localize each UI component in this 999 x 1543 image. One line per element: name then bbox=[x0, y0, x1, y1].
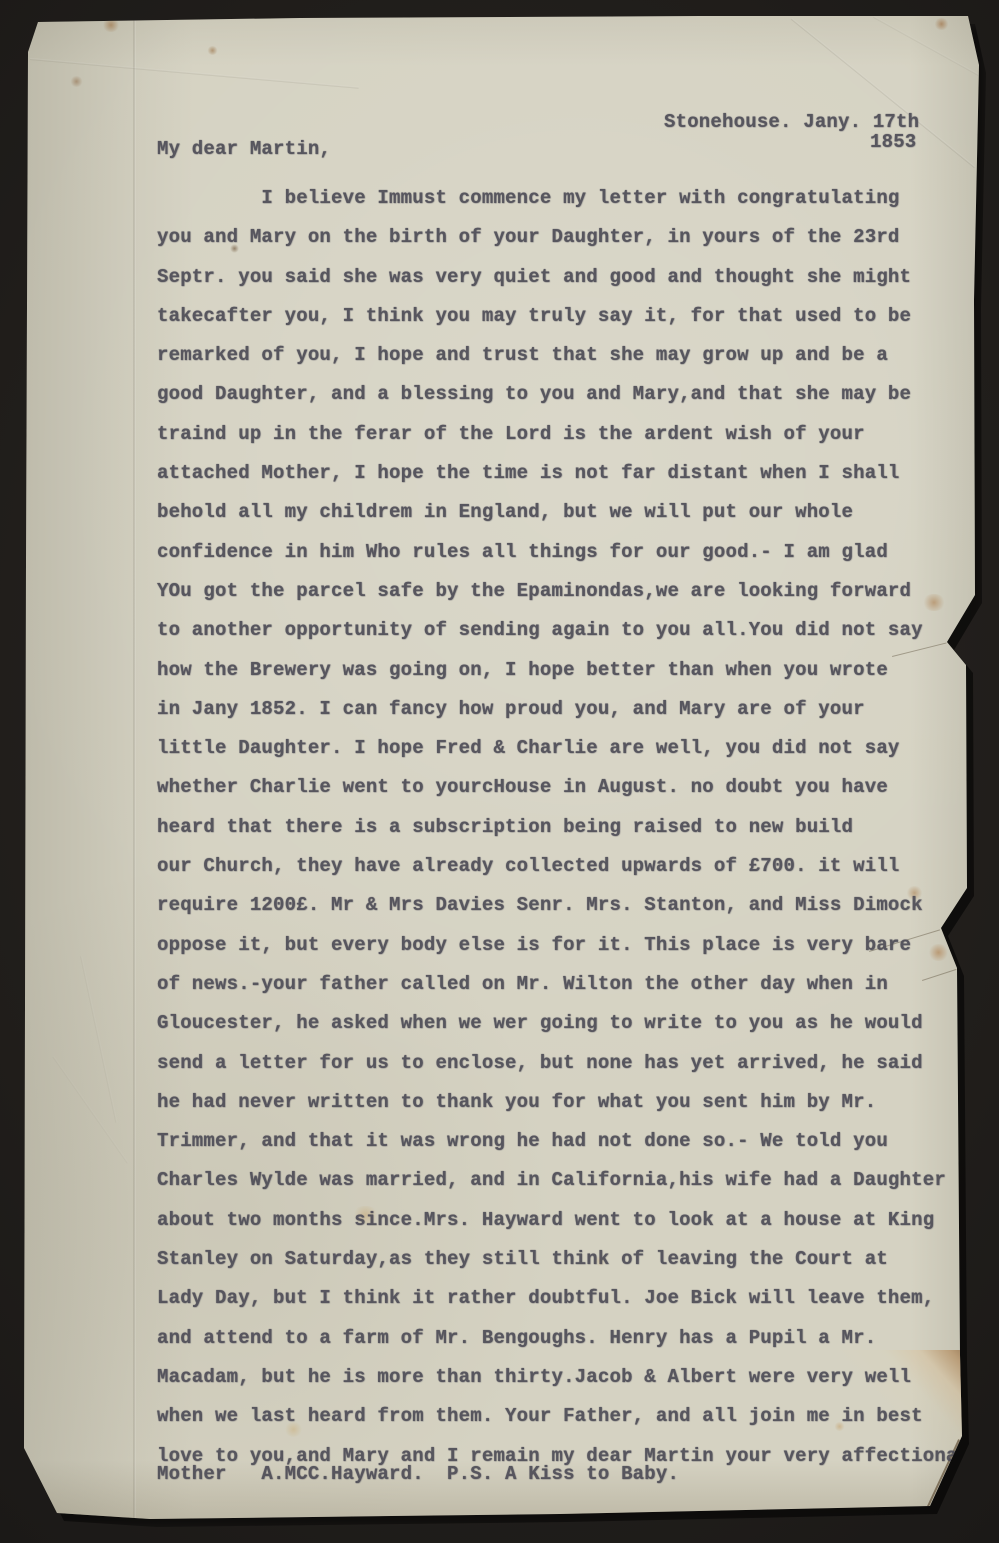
letter-line: Macadam, but he is more than thirty.Jaco… bbox=[157, 1358, 958, 1397]
letter-line: behold all my childrem in England, but w… bbox=[157, 493, 958, 532]
letter-body: I believe Immust commence my letter with… bbox=[157, 179, 958, 1476]
letter-line: remarked of you, I hope and trust that s… bbox=[157, 336, 958, 375]
letter-line: traind up in the ferar of the Lord is th… bbox=[157, 415, 958, 454]
letter-line: little Daughter. I hope Fred & Charlie a… bbox=[157, 729, 958, 768]
letter-salutation: My dear Martin, bbox=[157, 138, 331, 160]
letter-line: Charles Wylde was married, and in Califo… bbox=[157, 1161, 958, 1200]
letter-line: of news.-your father called on Mr. Wilto… bbox=[157, 965, 958, 1004]
letter-line: to another opportunity of sending again … bbox=[157, 611, 958, 650]
letter-line: Trimmer, and that it was wrong he had no… bbox=[157, 1122, 958, 1161]
letter-line: send a letter for us to enclose, but non… bbox=[157, 1044, 958, 1083]
letter-line: he had never written to thank you for wh… bbox=[157, 1083, 958, 1122]
letter-line: when we last heard from them. Your Fathe… bbox=[157, 1397, 958, 1436]
letter-line: whether Charlie went to yourcHouse in Au… bbox=[157, 768, 958, 807]
letter-line: oppose it, but every body else is for it… bbox=[157, 926, 958, 965]
letter-line: takecafter you, I think you may truly sa… bbox=[157, 297, 958, 336]
letter-line: Lady Day, but I think it rather doubtful… bbox=[157, 1279, 958, 1318]
letter-line: our Church, they have already collected … bbox=[157, 847, 958, 886]
letter-line: Gloucester, he asked when we wer going t… bbox=[157, 1004, 958, 1043]
letter-dateline: Stonehouse. Jany. 17th bbox=[664, 111, 919, 133]
letter-line: in Jany 1852. I can fancy how proud you,… bbox=[157, 690, 958, 729]
photo-background: Stonehouse. Jany. 17th 1853 My dear Mart… bbox=[0, 0, 999, 1543]
letter-line: Stanley on Saturday,as they still think … bbox=[157, 1240, 958, 1279]
letter-line: heard that there is a subscription being… bbox=[157, 808, 958, 847]
letter-line: about two months since.Mrs. Hayward went… bbox=[157, 1201, 958, 1240]
letter-text: Stonehouse. Jany. 17th 1853 My dear Mart… bbox=[24, 16, 980, 1520]
letter-line: attached Mother, I hope the time is not … bbox=[157, 454, 958, 493]
letter-line: you and Mary on the birth of your Daught… bbox=[157, 218, 958, 257]
letter-year: 1853 bbox=[870, 131, 916, 153]
letter-line: YOu got the parcel safe by the Epaminond… bbox=[157, 572, 958, 611]
letter-line: Septr. you said she was very quiet and g… bbox=[157, 258, 958, 297]
letter-line: and attend to a farm of Mr. Bengoughs. H… bbox=[157, 1319, 958, 1358]
letter-closing: Mother A.MCC.Hayward. P.S. A Kiss to Bab… bbox=[157, 1463, 679, 1485]
letter-line: require 1200£. Mr & Mrs Davies Senr. Mrs… bbox=[157, 886, 958, 925]
letter-page: Stonehouse. Jany. 17th 1853 My dear Mart… bbox=[24, 16, 980, 1520]
letter-line: confidence in him Who rules all things f… bbox=[157, 533, 958, 572]
letter-line: how the Brewery was going on, I hope bet… bbox=[157, 651, 958, 690]
letter-line: good Daughter, and a blessing to you and… bbox=[157, 375, 958, 414]
letter-line: I believe Immust commence my letter with… bbox=[157, 179, 958, 218]
